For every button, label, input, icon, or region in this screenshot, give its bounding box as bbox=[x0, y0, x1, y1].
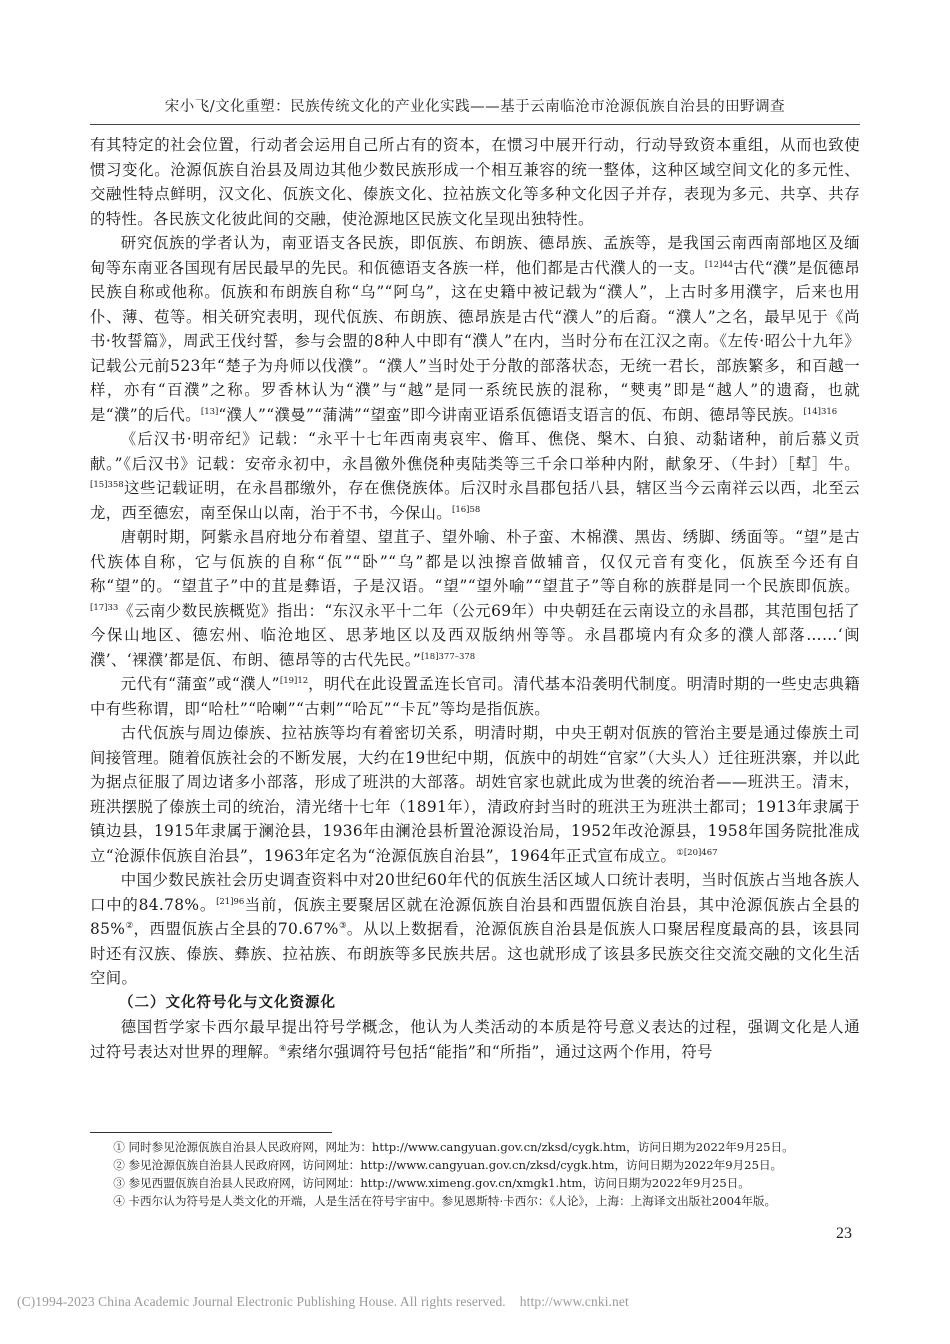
paragraph-text: 唐朝时期，阿紫永昌府地分布着望、望苴子、望外喻、朴子蛮、木棉濮、黑齿、绣脚、绣面… bbox=[90, 528, 860, 595]
paragraph-text: 古代“濮”是佤德昂民族自称或他称。佤族和布朗族自称“乌”“阿乌”，这在史籍中被记… bbox=[90, 259, 860, 424]
copyright-notice: (C)1994-2023 China Academic Journal Elec… bbox=[17, 1294, 629, 1310]
paragraph: 德国哲学家卡西尔最早提出符号学概念，他认为人类活动的本质是符号意义表达的过程，强… bbox=[90, 1015, 860, 1064]
footnote-separator bbox=[90, 1132, 332, 1133]
citation-marker: ② bbox=[125, 921, 133, 931]
paragraph: 中国少数民族社会历史调查资料中对20世纪60年代的佤族生活区域人口统计表明，当时… bbox=[90, 868, 860, 991]
copyright-text: (C)1994-2023 China Academic Journal Elec… bbox=[17, 1294, 506, 1309]
section-heading: （二）文化符号化与文化资源化 bbox=[90, 991, 860, 1016]
paragraph-text: 这些记载证明，在永昌郡缴外，存在僬侥族体。后汉时永昌郡包括八县，辖区当今云南祥云… bbox=[90, 479, 860, 522]
footnote: ④ 卡西尔认为符号是人类文化的开端，人是生活在符号宇宙中。参见恩斯特·卡西尔：《… bbox=[90, 1192, 860, 1210]
body-text: 有其特定的社会位置，行动者会运用自己所占有的资本，在惯习中展开行动，行动导致资本… bbox=[90, 133, 860, 1064]
paragraph-text: 《后汉书·明帝纪》记载：“永平十七年西南夷哀牢、儋耳、僬侥、槃木、白狼、动黏诸种… bbox=[90, 430, 860, 473]
copyright-link[interactable]: http://www.cnki.net bbox=[520, 1294, 629, 1309]
paragraph-text: ，西盟佤族占全县的70.67% bbox=[134, 920, 339, 938]
citation-marker: [17]33 bbox=[90, 603, 118, 613]
paragraph: 古代佤族与周边傣族、拉祜族等均有着密切关系，明清时期，中央王朝对佤族的管治主要是… bbox=[90, 721, 860, 868]
citation-marker: ④ bbox=[279, 1044, 287, 1054]
paragraph: 研究佤族的学者认为，南亚语支各民族，即佤族、布朗族、德昂族、孟族等，是我国云南西… bbox=[90, 231, 860, 427]
footnote: ② 参见沧源佤族自治县人民政府网，访问网址：http://www.cangyua… bbox=[90, 1156, 860, 1174]
footnote: ① 同时参见沧源佤族自治县人民政府网，网址为：http://www.cangyu… bbox=[90, 1138, 860, 1156]
citation-marker: ①[20]467 bbox=[676, 848, 717, 858]
paragraph-text: “濮人”“濮曼”“蒲满”“望蛮”即今讲南亚语系佤德语支语言的佤、布朗、德昂等民族… bbox=[218, 406, 803, 424]
citation-marker: [12]44 bbox=[705, 260, 733, 270]
running-head: 宋小飞/文化重塑：民族传统文化的产业化实践——基于云南临沧市沧源佤族自治县的田野… bbox=[90, 95, 860, 116]
footnotes: ① 同时参见沧源佤族自治县人民政府网，网址为：http://www.cangyu… bbox=[90, 1138, 860, 1210]
citation-marker: [14]316 bbox=[804, 407, 838, 417]
paragraph-text: 有其特定的社会位置，行动者会运用自己所占有的资本，在惯习中展开行动，行动导致资本… bbox=[90, 136, 860, 228]
citation-marker: [15]358 bbox=[90, 480, 124, 490]
paragraph-group: 德国哲学家卡西尔最早提出符号学概念，他认为人类活动的本质是符号意义表达的过程，强… bbox=[90, 1015, 860, 1064]
citation-marker: [13] bbox=[201, 407, 218, 417]
citation-marker: [18]377–378 bbox=[421, 652, 475, 662]
paragraph-text: 元代有“蒲蛮”或“濮人” bbox=[121, 675, 280, 693]
paragraph-text: 古代佤族与周边傣族、拉祜族等均有着密切关系，明清时期，中央王朝对佤族的管治主要是… bbox=[90, 724, 860, 865]
paragraph-group: 有其特定的社会位置，行动者会运用自己所占有的资本，在惯习中展开行动，行动导致资本… bbox=[90, 133, 860, 991]
paragraph: 唐朝时期，阿紫永昌府地分布着望、望苴子、望外喻、朴子蛮、木棉濮、黑齿、绣脚、绣面… bbox=[90, 525, 860, 672]
paragraph: 元代有“蒲蛮”或“濮人”[19]12，明代在此设置孟连长官司。清代基本沿袭明代制… bbox=[90, 672, 860, 721]
paragraph: 《后汉书·明帝纪》记载：“永平十七年西南夷哀牢、儋耳、僬侥、槃木、白狼、动黏诸种… bbox=[90, 427, 860, 525]
paragraph-text: 索绪尔强调符号包括“能指”和“所指”，通过这两个作用，符号 bbox=[287, 1043, 713, 1061]
citation-marker: [16]58 bbox=[452, 505, 480, 515]
header-rule bbox=[90, 124, 860, 125]
paragraph: 有其特定的社会位置，行动者会运用自己所占有的资本，在惯习中展开行动，行动导致资本… bbox=[90, 133, 860, 231]
citation-marker: ③ bbox=[339, 921, 347, 931]
citation-marker: [21]96 bbox=[216, 897, 244, 907]
footnote: ③ 参见西盟佤族自治县人民政府网，访问网址：http://www.ximeng.… bbox=[90, 1174, 860, 1192]
citation-marker: [19]12 bbox=[280, 676, 308, 686]
page-number: 23 bbox=[836, 1225, 852, 1243]
